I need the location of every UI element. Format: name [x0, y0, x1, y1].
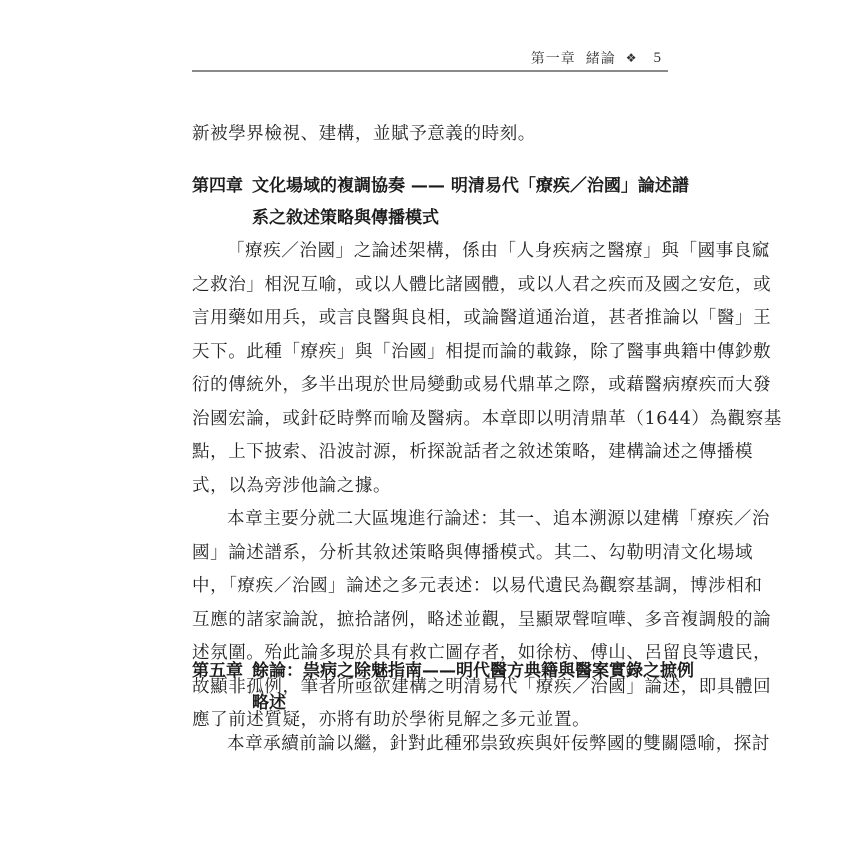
header-chapter: 第一章 [531, 48, 576, 68]
text-line: 「療疾／治國」之論述架構，係由「人身疾病之醫療」與「國事良窳 [192, 235, 668, 269]
text-line: 天下。此種「療疾」與「治國」相提而論的載錄，除了醫事典籍中傳鈔敷 [192, 336, 668, 370]
header-section: 緒論 [586, 48, 616, 68]
chapter-title-line: 系之敘述策略與傳播模式 [252, 202, 672, 234]
text-line: 本章承續前論以繼，針對此種邪祟致疾與奸佞弊國的雙關隱喻，探討 [192, 728, 668, 762]
running-header: 第一章 緒論 ❖ 5 [192, 46, 668, 72]
text-line: 新被學界檢視、建構，並賦予意義的時刻。 [192, 118, 668, 152]
chapter-number: 第五章 [192, 655, 243, 687]
text-line: 國」論述譜系，分析其敘述策略與傳播模式。其二、勾勒明清文化場域 [192, 537, 668, 571]
text-line: 言用藥如用兵，或言良醫與良相，或論醫道通治道，甚者推論以「醫」王 [192, 302, 668, 336]
text-line: 治國宏論，或針砭時弊而喻及醫病。本章即以明清鼎革（1644）為觀察基 [192, 403, 668, 437]
chapter-title-line: 略述 [252, 687, 672, 719]
text-line: 衍的傳統外，多半出現於世局變動或易代鼎革之際，或藉醫病療疾而大發 [192, 369, 668, 403]
text-line: 點，上下披索、沿波討源，析探說話者之敘述策略，建構論述之傳播模 [192, 436, 668, 470]
chapter-4-paragraph-1: 「療疾／治國」之論述架構，係由「人身疾病之醫療」與「國事良窳 之救治」相況互喻，… [192, 235, 668, 503]
chapter-title-line: 餘論：祟病之除魅指南——明代醫方典籍與醫案實錄之摭例 [252, 655, 672, 687]
chapter-5-paragraph-1: 本章承續前論以繼，針對此種邪祟致疾與奸佞弊國的雙關隱喻，探討 [192, 728, 668, 762]
page-number: 5 [654, 50, 663, 67]
chapter-title: 文化場域的複調協奏 —— 明清易代「療疾／治國」論述譜 系之敘述策略與傳播模式 [252, 170, 672, 234]
chapter-title-line: 文化場域的複調協奏 —— 明清易代「療疾／治國」論述譜 [252, 170, 672, 202]
chapter-title: 餘論：祟病之除魅指南——明代醫方典籍與醫案實錄之摭例 略述 [252, 655, 672, 719]
chapter-number: 第四章 [192, 170, 243, 202]
text-line: 式，以為旁涉他論之據。 [192, 470, 668, 504]
intro-paragraph: 新被學界檢視、建構，並賦予意義的時刻。 [192, 118, 668, 152]
text-line: 互應的諸家論說，摭拾諸例，略述並觀，呈顯眾聲喧嘩、多音複調般的論 [192, 604, 668, 638]
ornament-icon: ❖ [626, 51, 638, 65]
text-line: 本章主要分就二大區塊進行論述：其一、追本溯源以建構「療疾／治 [192, 503, 668, 537]
text-line: 之救治」相況互喻，或以人體比諸國體，或以人君之疾而及國之安危，或 [192, 269, 668, 303]
book-page: 第一章 緒論 ❖ 5 新被學界檢視、建構，並賦予意義的時刻。 第四章 文化場域的… [0, 0, 850, 850]
text-line: 中，「療疾／治國」論述之多元表述：以易代遺民為觀察基調，博涉相和 [192, 570, 668, 604]
